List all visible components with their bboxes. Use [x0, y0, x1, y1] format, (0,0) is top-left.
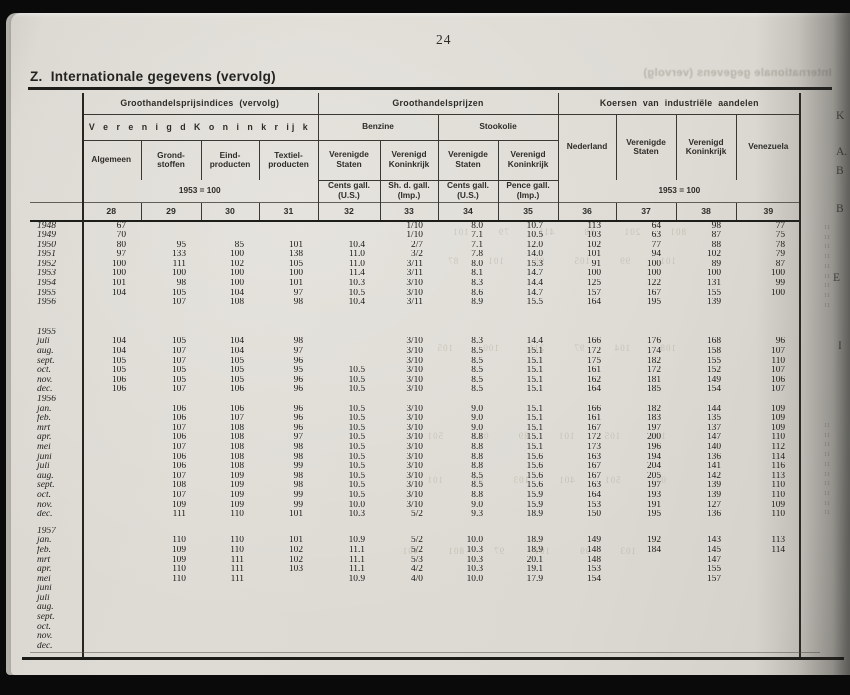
cell — [259, 642, 318, 652]
base-year-koersen: 1953 = 100 — [558, 180, 800, 202]
table-row: dec. — [30, 642, 800, 652]
gutter-letter: B — [836, 203, 844, 215]
cell — [141, 395, 201, 405]
cell — [380, 584, 438, 594]
cell — [318, 337, 380, 347]
cell: 5/2 — [380, 536, 438, 546]
cell: 182 — [616, 405, 676, 415]
cell: 15.3 — [498, 260, 558, 270]
cell: 11.1 — [318, 565, 380, 575]
cell: 98 — [259, 298, 318, 308]
cell — [616, 632, 676, 642]
cell — [616, 603, 676, 613]
cell — [498, 594, 558, 604]
subgroup-benzine: Benzine — [318, 114, 438, 140]
cell: 107 — [736, 385, 800, 395]
cell: 107 — [736, 366, 800, 376]
cell — [82, 414, 141, 424]
col-number: 37 — [616, 202, 676, 221]
cell — [201, 613, 259, 623]
cell: 143 — [676, 536, 736, 546]
cell: 182 — [616, 357, 676, 367]
cell — [141, 623, 201, 633]
cell: 1/10 — [380, 231, 438, 241]
cell: 183 — [616, 414, 676, 424]
cell: 108 — [201, 462, 259, 472]
gutter-letter: K — [836, 110, 844, 122]
cell: 3/10 — [380, 366, 438, 376]
table-row: oct. — [30, 623, 800, 633]
cell — [141, 231, 201, 241]
subgroup-verenigd-koninkrijk: V e r e n i g d K o n i n k r ij k — [82, 114, 318, 140]
col-header-venezuela: Venezuela — [736, 114, 800, 180]
cell — [141, 632, 201, 642]
cell — [82, 536, 141, 546]
cell: 18.9 — [498, 510, 558, 520]
cell — [82, 298, 141, 308]
cell: 105 — [141, 289, 201, 299]
cell: 140 — [676, 443, 736, 453]
cell: 155 — [676, 289, 736, 299]
cell: 8.5 — [438, 357, 498, 367]
cell: 110 — [201, 510, 259, 520]
cell — [318, 613, 380, 623]
cell: 176 — [616, 337, 676, 347]
cell: 113 — [736, 472, 800, 482]
cell: 106 — [141, 414, 201, 424]
cell: 10.5 — [318, 366, 380, 376]
cell: 87 — [676, 231, 736, 241]
cell — [380, 642, 438, 652]
cell: 154 — [676, 385, 736, 395]
cell — [201, 527, 259, 537]
cell: 113 — [736, 536, 800, 546]
cell: 167 — [616, 289, 676, 299]
table-row: mei11011110.94/010.017.9154157 — [30, 575, 800, 585]
table-row: juli1061089910.53/108.815.6167204141116 — [30, 462, 800, 472]
table-body: 1948671/108.010.71136498771949701/107.11… — [30, 221, 800, 652]
table-row: 19519713310013811.03/27.814.01019410279 — [30, 250, 800, 260]
cell: 8.3 — [438, 279, 498, 289]
cell: 3/10 — [380, 337, 438, 347]
gutter-bleed-marks: 11 11 11 11 11 11 11 11 11 11 — [824, 421, 830, 518]
cell: 149 — [558, 536, 616, 546]
cell — [676, 632, 736, 642]
cell: 9.0 — [438, 405, 498, 415]
cell: 78 — [736, 241, 800, 251]
table-bottom-thin-rule — [30, 652, 820, 653]
cell — [82, 462, 141, 472]
row-label: dec. — [30, 385, 82, 395]
row-label: mei — [30, 443, 82, 453]
cell: 100 — [82, 260, 141, 270]
cell: 3/10 — [380, 357, 438, 367]
cell: 8.6 — [438, 289, 498, 299]
cell: 109 — [141, 556, 201, 566]
cell — [616, 575, 676, 585]
cell — [318, 584, 380, 594]
cell — [318, 347, 380, 357]
row-label: 1949 — [30, 231, 82, 241]
cell — [82, 594, 141, 604]
cell: 107 — [141, 424, 201, 434]
cell: 18.9 — [498, 536, 558, 546]
cell: 113 — [558, 221, 616, 232]
cell: 98 — [259, 453, 318, 463]
cell — [616, 623, 676, 633]
cell: 20.1 — [498, 556, 558, 566]
table-row: sept.1081099810.53/108.515.6163197139110 — [30, 481, 800, 491]
cell — [82, 491, 141, 501]
cell: 167 — [558, 424, 616, 434]
table-row: 195080958510110.42/77.112.0102778878 — [30, 241, 800, 251]
cell — [141, 221, 201, 232]
row-label: sept. — [30, 481, 82, 491]
row-label: mrt — [30, 556, 82, 566]
col-header-stookolie-vs: Verenigde Staten — [438, 140, 498, 180]
cell: 109 — [736, 414, 800, 424]
cell: 110 — [736, 357, 800, 367]
cell — [676, 594, 736, 604]
cell: 3/10 — [380, 491, 438, 501]
cell: 101 — [259, 279, 318, 289]
cell — [736, 395, 800, 405]
cell: 100 — [676, 269, 736, 279]
cell — [259, 328, 318, 338]
table-row: 19561071089810.43/118.915.5164195139 — [30, 298, 800, 308]
cell: 104 — [201, 337, 259, 347]
cell — [380, 594, 438, 604]
cell — [380, 328, 438, 338]
cell: 3/10 — [380, 472, 438, 482]
cell — [498, 623, 558, 633]
cell: 114 — [736, 453, 800, 463]
cell: 136 — [676, 453, 736, 463]
col-number: 30 — [201, 202, 259, 221]
cell — [82, 395, 141, 405]
cell: 97 — [259, 347, 318, 357]
cell: 9.0 — [438, 414, 498, 424]
cell — [438, 613, 498, 623]
row-label: 1951 — [30, 250, 82, 260]
cell — [82, 481, 141, 491]
cell: 108 — [201, 433, 259, 443]
cell: 157 — [558, 289, 616, 299]
row-label: feb. — [30, 546, 82, 556]
cell: 104 — [82, 337, 141, 347]
row-label: sept. — [30, 613, 82, 623]
cell — [82, 613, 141, 623]
cell: 15.1 — [498, 414, 558, 424]
cell: 14.4 — [498, 337, 558, 347]
cell — [82, 556, 141, 566]
row-label: mrt — [30, 424, 82, 434]
cell — [558, 527, 616, 537]
cell: 106 — [82, 376, 141, 386]
cell — [82, 546, 141, 556]
cell — [318, 623, 380, 633]
spacer-row — [30, 520, 800, 527]
cell: 3/10 — [380, 289, 438, 299]
cell: 103 — [558, 231, 616, 241]
cell: 100 — [616, 260, 676, 270]
cell — [498, 584, 558, 594]
cell — [82, 443, 141, 453]
cell: 8.8 — [438, 453, 498, 463]
cell: 99 — [259, 491, 318, 501]
title-rule — [28, 87, 832, 90]
cell: 94 — [616, 250, 676, 260]
cell: 173 — [558, 443, 616, 453]
table-row: mei1071089810.53/108.815.1173196140112 — [30, 443, 800, 453]
gutter-letter: B — [836, 165, 844, 177]
cell — [498, 328, 558, 338]
cell — [498, 395, 558, 405]
table-row: juni1061089810.53/108.815.6163194136114 — [30, 453, 800, 463]
cell: 95 — [259, 366, 318, 376]
cell — [318, 328, 380, 338]
cell: 8.8 — [438, 443, 498, 453]
cell — [201, 584, 259, 594]
cell: 3/10 — [380, 481, 438, 491]
cell — [82, 623, 141, 633]
cell: 127 — [676, 501, 736, 511]
cell: 98 — [259, 337, 318, 347]
table-row: feb.1061079610.53/109.015.1161183135109 — [30, 414, 800, 424]
cell: 161 — [558, 414, 616, 424]
cell: 96 — [736, 337, 800, 347]
cell: 162 — [558, 376, 616, 386]
cell — [616, 328, 676, 338]
scanned-page: 24 Internationale gegevens (vervolg) Z. … — [6, 13, 850, 675]
cell: 96 — [259, 405, 318, 415]
cell — [259, 231, 318, 241]
cell: 139 — [676, 491, 736, 501]
cell: 15.1 — [498, 357, 558, 367]
cell: 3/10 — [380, 376, 438, 386]
cell: 108 — [201, 298, 259, 308]
cell: 204 — [616, 462, 676, 472]
cell: 196 — [616, 443, 676, 453]
cell: 11.0 — [318, 250, 380, 260]
cell: 98 — [259, 481, 318, 491]
cell: 77 — [736, 221, 800, 232]
cell: 8.0 — [438, 260, 498, 270]
cell: 91 — [558, 260, 616, 270]
cell: 163 — [558, 481, 616, 491]
row-label: 1955 — [30, 289, 82, 299]
cell: 15.6 — [498, 462, 558, 472]
table-row: 195210011110210511.03/118.015.3911008987 — [30, 260, 800, 270]
cell — [82, 632, 141, 642]
cell: 15.1 — [498, 443, 558, 453]
table-bottom-heavy-rule — [22, 657, 844, 660]
cell — [318, 594, 380, 604]
table-row: nov.1091099910.03/109.015.9153191127109 — [30, 501, 800, 511]
cell: 15.1 — [498, 424, 558, 434]
table-right-rule — [799, 93, 801, 659]
row-label: feb. — [30, 414, 82, 424]
cell: 5/3 — [380, 556, 438, 566]
section-label-row: 1956 — [30, 395, 800, 405]
cell: 102 — [558, 241, 616, 251]
cell — [141, 613, 201, 623]
row-label: 1957 — [30, 527, 82, 537]
cell: 110 — [736, 433, 800, 443]
cell — [438, 395, 498, 405]
gutter-letter: A. — [836, 146, 847, 158]
cell: 3/10 — [380, 405, 438, 415]
cell: 109 — [201, 501, 259, 511]
cell: 10.3 — [438, 546, 498, 556]
cell: 15.1 — [498, 347, 558, 357]
cell: 4/0 — [380, 575, 438, 585]
cell: 109 — [736, 405, 800, 415]
cell: 106 — [141, 453, 201, 463]
cell — [498, 613, 558, 623]
table-row: 1948671/108.010.7113649877 — [30, 221, 800, 232]
cell: 15.9 — [498, 501, 558, 511]
cell: 104 — [201, 347, 259, 357]
cell — [676, 527, 736, 537]
cell: 106 — [736, 376, 800, 386]
cell: 3/10 — [380, 347, 438, 357]
table-header: Groothandelsprijsindices (vervolg) Groot… — [30, 93, 800, 221]
row-label: juli — [30, 337, 82, 347]
cell — [380, 603, 438, 613]
cell: 3/10 — [380, 501, 438, 511]
cell: 110 — [736, 510, 800, 520]
cell: 15.1 — [498, 405, 558, 415]
cell — [82, 424, 141, 434]
cell: 10.5 — [318, 405, 380, 415]
cell: 172 — [616, 366, 676, 376]
cell — [318, 221, 380, 232]
row-label: 1956 — [30, 395, 82, 405]
col-header-verenigd-koninkrijk-koersen: Verenigd Koninkrijk — [676, 114, 736, 180]
cell — [201, 395, 259, 405]
cell: 103 — [259, 565, 318, 575]
row-label: dec. — [30, 642, 82, 652]
cell — [201, 328, 259, 338]
col-header-algemeen: Algemeen — [82, 140, 141, 180]
row-label: nov. — [30, 376, 82, 386]
cell: 10.0 — [438, 575, 498, 585]
cell — [558, 603, 616, 613]
cell: 11.1 — [318, 556, 380, 566]
cell: 107 — [141, 472, 201, 482]
cell: 9.3 — [438, 510, 498, 520]
cell — [318, 642, 380, 652]
cell: 3/10 — [380, 279, 438, 289]
cell: 105 — [141, 337, 201, 347]
table-row: mrt1071089610.53/109.015.1167197137109 — [30, 424, 800, 434]
cell — [558, 623, 616, 633]
row-label: 1955 — [30, 328, 82, 338]
cell: 106 — [141, 462, 201, 472]
row-label: juni — [30, 453, 82, 463]
row-label: aug. — [30, 603, 82, 613]
cell — [141, 594, 201, 604]
cell: 11.1 — [318, 546, 380, 556]
statistics-table: Groothandelsprijsindices (vervolg) Groot… — [30, 93, 800, 651]
cell: 10.5 — [318, 481, 380, 491]
cell — [141, 584, 201, 594]
cell: 99 — [736, 279, 800, 289]
cell: 194 — [616, 453, 676, 463]
col-header-eindproducten: Eind- producten — [201, 140, 259, 180]
cell: 3/2 — [380, 250, 438, 260]
cell: 11.0 — [318, 260, 380, 270]
table-row: juli — [30, 594, 800, 604]
cell: 110 — [141, 536, 201, 546]
cell — [380, 623, 438, 633]
cell — [259, 623, 318, 633]
cell: 109 — [141, 546, 201, 556]
cell: 111 — [141, 510, 201, 520]
cell: 135 — [676, 414, 736, 424]
cell: 155 — [676, 357, 736, 367]
col-number: 34 — [438, 202, 498, 221]
cell: 10.4 — [318, 298, 380, 308]
section-label-row: 1955 — [30, 328, 800, 338]
cell — [380, 527, 438, 537]
cell: 3/10 — [380, 462, 438, 472]
cell — [259, 221, 318, 232]
cell: 77 — [616, 241, 676, 251]
table-row: mrt10911110211.15/310.320.1148147 — [30, 556, 800, 566]
cell: 100 — [82, 269, 141, 279]
cell: 105 — [201, 376, 259, 386]
cell: 191 — [616, 501, 676, 511]
row-label: nov. — [30, 501, 82, 511]
cell — [82, 565, 141, 575]
cell: 111 — [201, 556, 259, 566]
cell: 70 — [82, 231, 141, 241]
cell — [736, 594, 800, 604]
cell: 67 — [82, 221, 141, 232]
section-title: Z. Internationale gegevens (vervolg) — [30, 69, 276, 84]
cell: 105 — [201, 366, 259, 376]
cell: 200 — [616, 433, 676, 443]
cell — [82, 405, 141, 415]
cell: 110 — [736, 481, 800, 491]
cell — [558, 584, 616, 594]
cell — [141, 603, 201, 613]
cell: 10.5 — [498, 231, 558, 241]
group-header-prijsindices: Groothandelsprijsindices (vervolg) — [82, 93, 318, 114]
table-row: apr.11011110311.14/210.319.1153155 — [30, 565, 800, 575]
cell: 12.0 — [498, 241, 558, 251]
cell: 100 — [259, 269, 318, 279]
cell: 3/10 — [380, 424, 438, 434]
cell: 100 — [616, 269, 676, 279]
cell: 10.3 — [318, 510, 380, 520]
cell: 3/10 — [380, 385, 438, 395]
cell: 3/11 — [380, 298, 438, 308]
cell — [438, 632, 498, 642]
cell: 106 — [82, 385, 141, 395]
cell: 9.0 — [438, 424, 498, 434]
cell — [676, 623, 736, 633]
cell — [736, 603, 800, 613]
cell: 154 — [558, 575, 616, 585]
cell: 136 — [676, 510, 736, 520]
table-row: apr.1061089710.53/108.815.1172200147110 — [30, 433, 800, 443]
cell: 110 — [201, 536, 259, 546]
cell: 110 — [141, 575, 201, 585]
cell: 101 — [259, 510, 318, 520]
